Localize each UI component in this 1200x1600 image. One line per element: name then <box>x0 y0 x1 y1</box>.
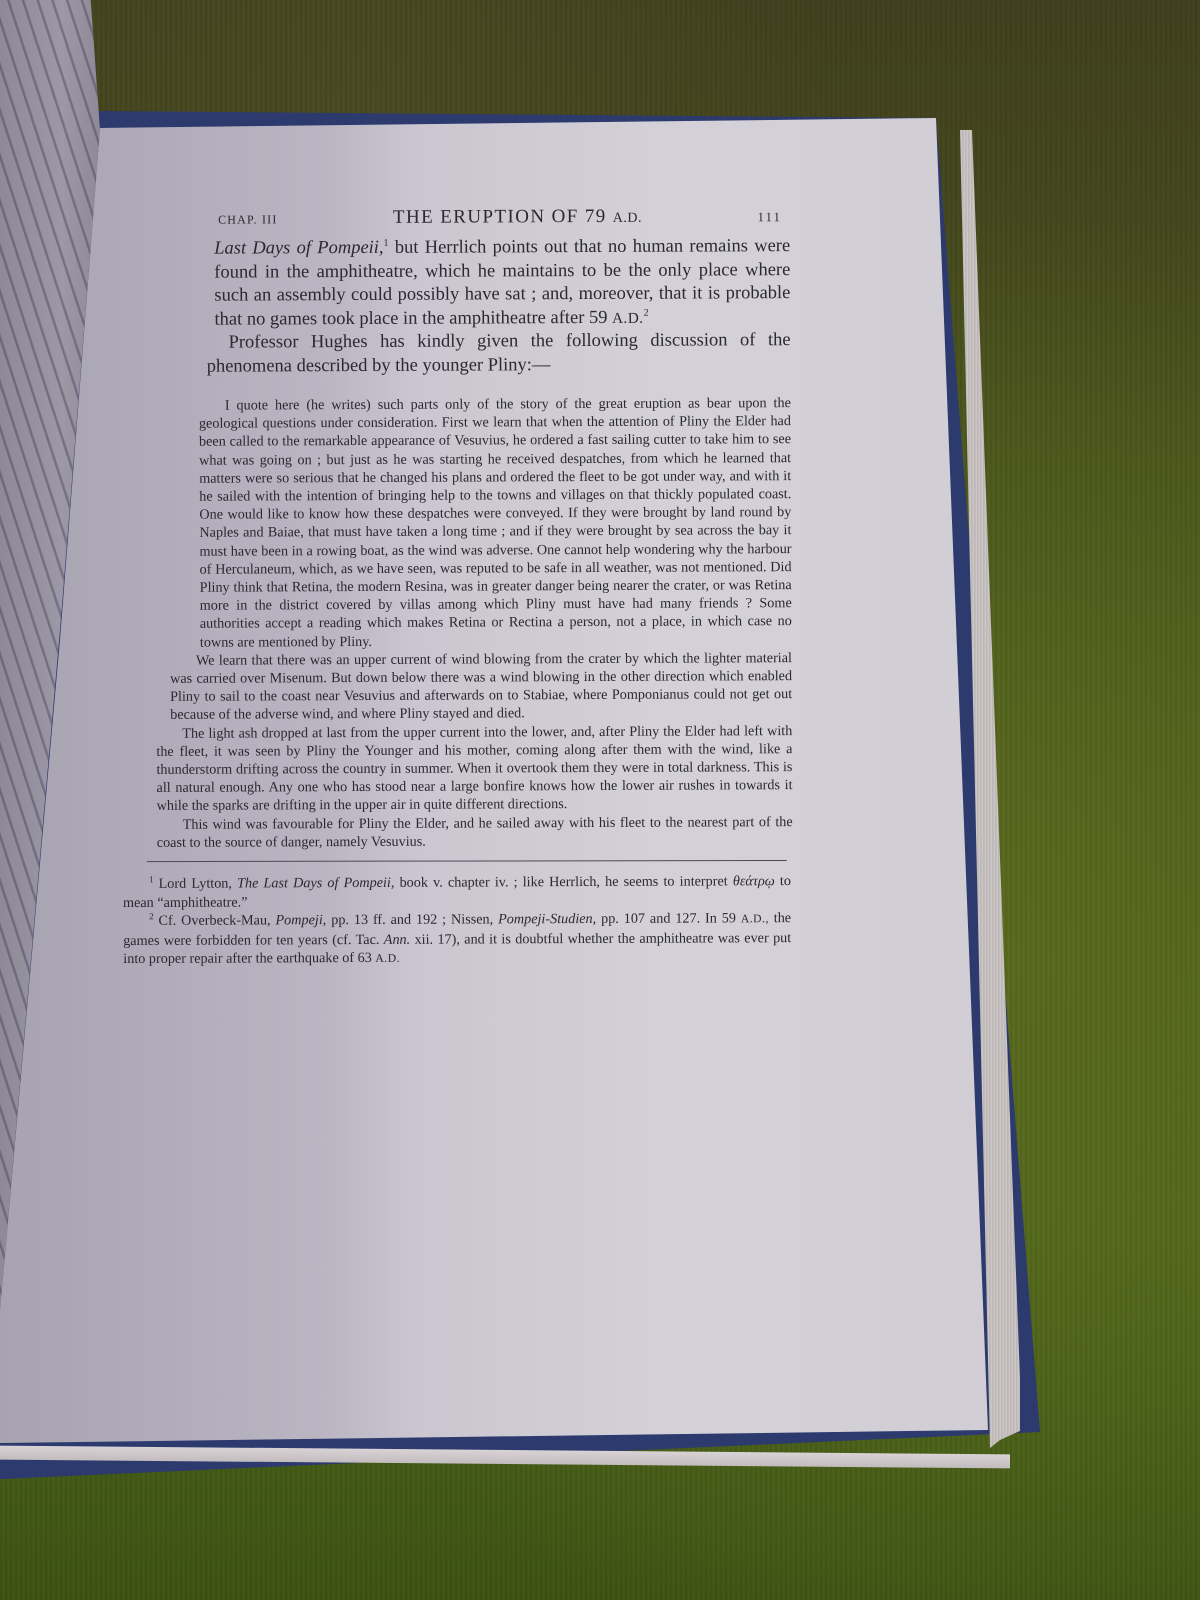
footnotes: 1 Lord Lytton, The Last Days of Pompeii,… <box>123 872 791 970</box>
quote-paragraph-3: The light ash dropped at last from the u… <box>132 722 792 816</box>
era-label: A.D. <box>612 309 644 326</box>
quote-paragraph-4: This wind was favourable for Pliny the E… <box>133 813 793 852</box>
era-label: A.D., <box>741 912 769 925</box>
footnote-marker-2: 2 <box>149 911 154 921</box>
footnote-2: 2 Cf. Overbeck-Mau, Pompeji, pp. 13 ff. … <box>123 909 791 970</box>
page-text: CHAP. III THE ERUPTION OF 79 A.D. 111 La… <box>130 205 793 970</box>
footnote-italic: Ann. <box>384 932 410 948</box>
footnote-divider <box>147 860 787 862</box>
footnote-italic: The Last Days of Pompeii, <box>237 875 394 892</box>
footnote-text: pp. 107 and 127. In 59 <box>596 911 741 928</box>
footnote-1: 1 Lord Lytton, The Last Days of Pompeii,… <box>123 872 791 912</box>
block-quote: I quote here (he writes) such parts only… <box>131 394 793 852</box>
page-title: THE ERUPTION OF 79 A.D. <box>393 206 642 229</box>
chapter-label: CHAP. III <box>218 212 278 227</box>
page-number: 111 <box>757 209 782 225</box>
body-paragraph-1: Last Days of Pompeii,1 but Herrlich poin… <box>130 235 790 332</box>
italic-title: Last Days of Pompeii, <box>214 238 383 259</box>
greek-word: θεάτρῳ <box>733 873 775 889</box>
quote-paragraph-1: I quote here (he writes) such parts only… <box>131 394 792 652</box>
footnote-ref-2[interactable]: 2 <box>644 307 649 318</box>
footnote-text: Cf. Overbeck-Mau, <box>158 913 275 930</box>
footnote-text: pp. 13 ff. and 192 ; Nissen, <box>326 912 498 929</box>
body-paragraph-2: Professor Hughes has kindly given the fo… <box>131 329 791 379</box>
footnote-marker-1: 1 <box>149 874 154 884</box>
footnote-italic: Pompeji, <box>275 912 326 928</box>
page-title-text: THE ERUPTION OF 79 <box>393 206 607 228</box>
footnote-text: Lord Lytton, <box>159 876 238 892</box>
footnote-text: book v. chapter iv. ; like Herrlich, he … <box>394 873 733 890</box>
quote-paragraph-2: We learn that there was an upper current… <box>132 649 792 725</box>
era-label: A.D. <box>375 952 400 965</box>
footnote-italic: Pompeji-Studien, <box>498 911 596 927</box>
page-title-era: A.D. <box>613 211 642 226</box>
running-head: CHAP. III THE ERUPTION OF 79 A.D. 111 <box>130 205 790 230</box>
